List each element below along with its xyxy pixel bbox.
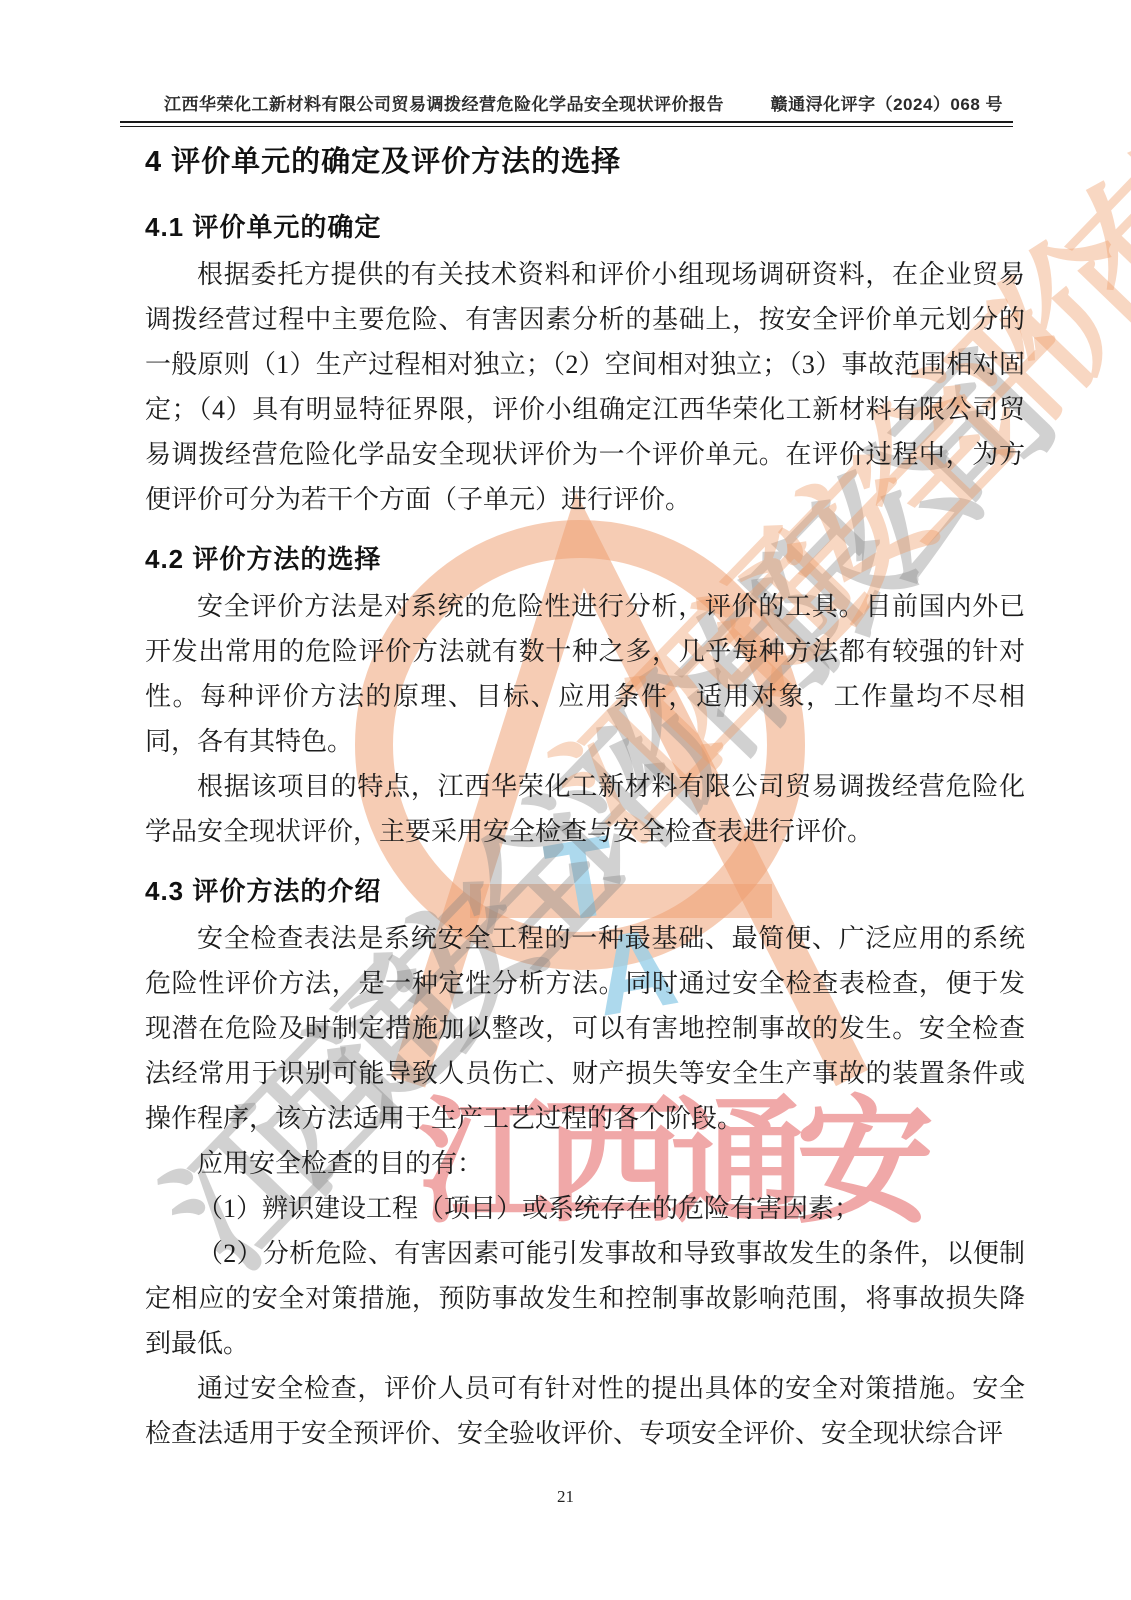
- list-item-2: （2）分析危险、有害因素可能引发事故和导致事故发生的条件，以便制定相应的安全对策…: [145, 1231, 1025, 1366]
- section-heading-4-3: 4.3 评价方法的介绍: [145, 869, 1025, 914]
- paragraph: 应用安全检查的目的有：: [145, 1141, 1025, 1186]
- header-document-number: 赣通浔化评字（2024）068 号: [771, 90, 1003, 115]
- list-item-1: （1）辨识建设工程（项目）或系统存在的危险有害因素；: [145, 1186, 1025, 1231]
- paragraph: 根据该项目的特点，江西华荣化工新材料有限公司贸易调拨经营危险化学品安全现状评价，…: [145, 764, 1025, 854]
- paragraph: 根据委托方提供的有关技术资料和评价小组现场调研资料，在企业贸易调拨经营过程中主要…: [145, 252, 1025, 522]
- paragraph: 安全评价方法是对系统的危险性进行分析，评价的工具。目前国内外已开发出常用的危险评…: [145, 584, 1025, 764]
- header-rule: [120, 121, 1013, 127]
- paragraph: 通过安全检查，评价人员可有针对性的提出具体的安全对策措施。安全检查法适用于安全预…: [145, 1366, 1025, 1456]
- document-page: T A 江西通安全评价有限公司 江西通安全评价有限公司 江西通安 江西华荣化工新…: [0, 0, 1131, 1600]
- page-number: 21: [0, 1487, 1131, 1507]
- page-header: 江西华荣化工新材料有限公司贸易调拨经营危险化学品安全现状评价报告 赣通浔化评字（…: [120, 90, 1013, 115]
- section-heading-4-1: 4.1 评价单元的确定: [145, 205, 1025, 250]
- chapter-title: 4 评价单元的确定及评价方法的选择: [145, 140, 1025, 185]
- section-heading-4-2: 4.2 评价方法的选择: [145, 537, 1025, 582]
- paragraph: 安全检查表法是系统安全工程的一种最基础、最简便、广泛应用的系统危险性评价方法，是…: [145, 916, 1025, 1141]
- document-body: 4 评价单元的确定及评价方法的选择 4.1 评价单元的确定 根据委托方提供的有关…: [145, 140, 1025, 1456]
- header-report-title: 江西华荣化工新材料有限公司贸易调拨经营危险化学品安全现状评价报告: [164, 90, 724, 115]
